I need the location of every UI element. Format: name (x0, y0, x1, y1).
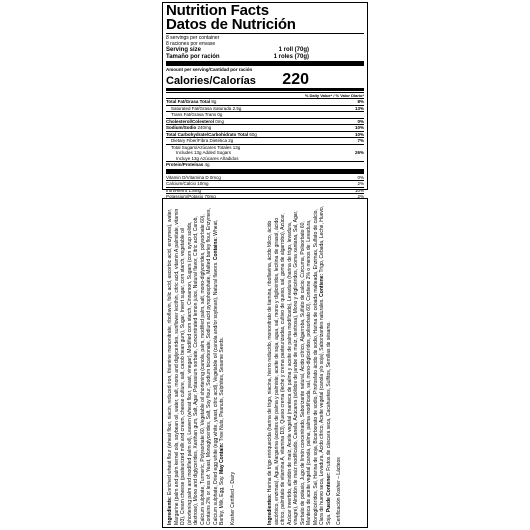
may-contain-text: Tree Nuts, Peanuts, Sulphites, Sesame Se… (219, 337, 225, 441)
nutrient-label: Saturated Fat/Grasa Saturada 2.5g (171, 106, 241, 112)
nutrient-label: Total Fat/Grasa Total 8g (166, 99, 216, 105)
kosher-certification: Kosher Certified – Dairy (230, 205, 237, 525)
contiene-label: Contiene: (319, 274, 325, 297)
ingredientes-label: Ingredientes: (267, 494, 273, 525)
nutrition-subtitle: Datos de Nutrición (166, 18, 364, 34)
nutrient-label: Cholesterol/Colesterol 0mg (166, 119, 224, 125)
puede-contener-label: Puede Contener: (326, 472, 332, 512)
vitamin-percent: 0% (357, 175, 364, 181)
divider-thick-vitamins (166, 169, 364, 174)
serving-size-label-es: Tamaño por ración (166, 54, 220, 61)
nutrient-row: Protein/Proteínas 4g (166, 161, 364, 168)
vitamin-rows: Vitamin D/Vitamina D 0mcg0%Calcium/Calci… (166, 175, 364, 200)
vitamin-label: Vitamin D/Vitamina D 0mcg (166, 175, 221, 181)
nutrient-percent: 10% (355, 132, 364, 138)
divider-medium (166, 88, 364, 91)
ingredients-text: Enriched wheat flour (wheat flour, niaci… (167, 208, 219, 525)
nutrient-percent: 0% (357, 119, 364, 125)
calories-label: Calories/Calorías (166, 75, 256, 87)
ingredients-spanish: Ingredientes: Harina de trigo enriquecid… (267, 205, 343, 525)
nutrient-percent: 7% (357, 138, 364, 144)
ingredientes-text: Harina de trigo enriquecida (harina de t… (267, 209, 325, 525)
ingredients-panel: Ingredients: Enriched wheat flour (wheat… (162, 198, 368, 528)
puede-contener-text: Frutos de cáscara seca, Cacahuetes, Sulf… (326, 321, 332, 471)
may-contain-label: May Contain: (219, 443, 225, 474)
vitamin-label: Calcium/Calcio 10mg (166, 181, 209, 187)
nutrient-label: Dietary Fiber/Fibra Dietética 2g (171, 138, 233, 144)
vitamin-percent: 10% (355, 188, 364, 194)
nutrient-label: Sodium/Sodio 240mg (166, 125, 211, 131)
contains-label: Contains: (213, 237, 219, 260)
vitamin-label: Iron/Hierro 1.8mg (166, 188, 201, 194)
calories-row: Calories/Calorías 220 (166, 72, 364, 87)
nutrient-percent: 8% (357, 99, 364, 105)
nutrient-label: Protein/Proteínas 4g (166, 162, 210, 168)
serving-size-value-es: 1 roles (70g) (274, 54, 309, 61)
nutrient-label: Incluye 13g Azúcares Añadidos (176, 156, 239, 162)
divider-thick (166, 61, 364, 66)
nutrient-rows: Total Fat/Grasa Total 8g8%Saturated Fat/… (166, 98, 364, 168)
ingredients-english: Ingredients: Enriched wheat flour (wheat… (167, 205, 236, 525)
certificacion-kosher: Certificación Kosher – Lácteos (336, 205, 343, 525)
calories-value: 220 (282, 72, 309, 87)
nutrient-label: Total Carbohydrate/Carbohidrato Total 60… (166, 132, 257, 138)
nutrient-percent: 10% (355, 125, 364, 131)
nutrient-percent: 26% (355, 150, 364, 156)
vitamin-percent: 2% (357, 181, 364, 187)
nutrient-label: Trans Fat/Grasa Trans 0g (171, 112, 222, 118)
nutrient-percent: 13% (355, 106, 364, 112)
serving-size-row-es: Tamaño por ración 1 roles (70g) (166, 54, 364, 61)
nutrition-facts-panel: Nutrition Facts Datos de Nutrición 8 ser… (162, 2, 368, 190)
ingredients-label: Ingredients: (167, 496, 173, 525)
